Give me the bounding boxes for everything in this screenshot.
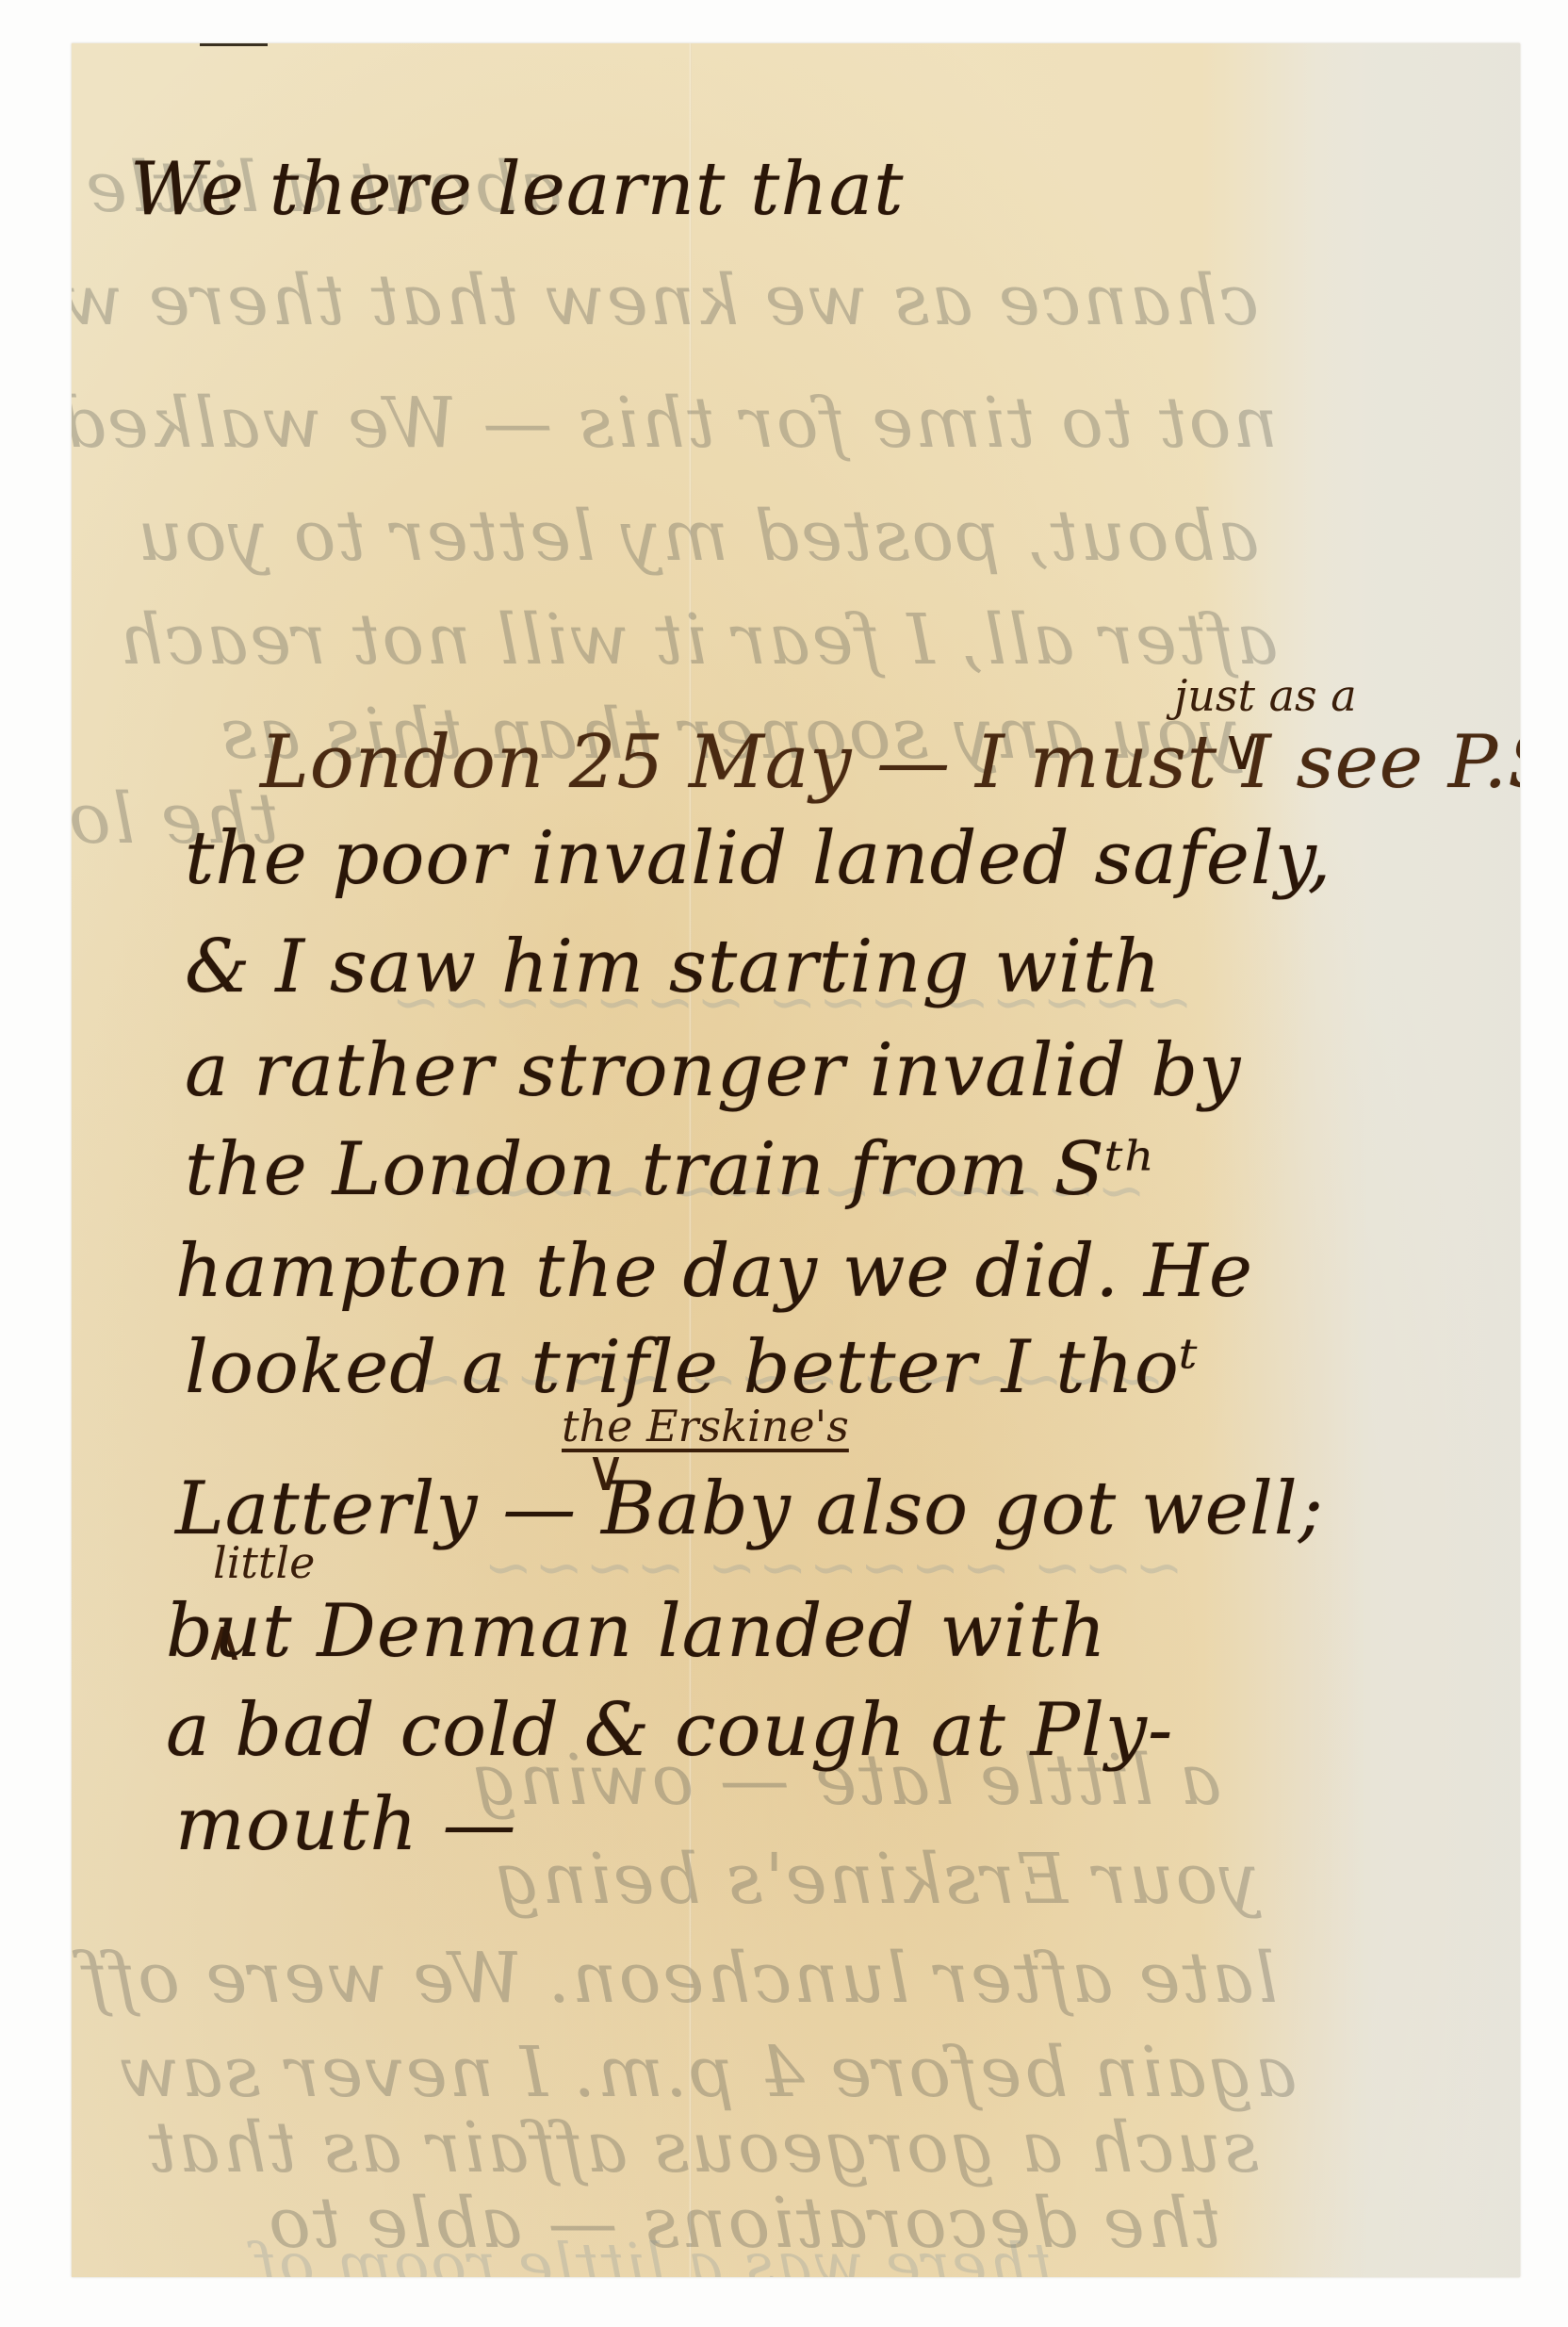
letter-line: London 25 May — I must I see P.S. that	[260, 720, 1520, 805]
bleed-line: again before 4 p.m. I never saw	[118, 2032, 1297, 2113]
letter-line: We there learnt that	[130, 147, 904, 232]
bleed-line: the decorations — able to	[267, 2183, 1221, 2264]
letter-text: the poor invalid landed safely,	[185, 816, 1331, 901]
letter-line: hampton the day we did. He	[175, 1229, 1253, 1314]
bleed-line: late after luncheon. We were off	[81, 1938, 1278, 2019]
faded-right-margin	[1322, 43, 1520, 2277]
bleed-line: not to time for this — We walked	[72, 383, 1278, 464]
page-edge-mark	[200, 43, 268, 46]
interlinear-note: just as a	[1174, 670, 1357, 721]
letter-line: mouth —	[175, 1782, 517, 1867]
bleed-line: about, posted my letter to you	[136, 496, 1259, 577]
letter-line: looked a trifle better I thoᵗ	[185, 1325, 1199, 1410]
bleed-line: after all, I fear it will not reach	[117, 599, 1278, 680]
letter-line: Latterly — Baby also got well;	[175, 1467, 1324, 1551]
bleed-line: there was a little room of	[253, 2230, 1052, 2277]
bleed-line: such a gorgeous affair as that	[146, 2107, 1259, 2188]
interlinear-note: little	[213, 1537, 315, 1588]
letter-line: a rather stronger invalid by	[185, 1028, 1241, 1113]
letter-page: about a little way up the chance as we k…	[72, 43, 1520, 2277]
letter-line: the poor invalid landed safely,	[185, 816, 1331, 901]
bleed-line: your Erskine's being	[494, 1839, 1259, 1920]
bleed-line: chance as we knew that there was	[72, 260, 1259, 341]
letter-line: the London train from Sᵗʰ	[185, 1127, 1157, 1212]
letter-line: a bad cold & cough at Ply-	[166, 1688, 1173, 1773]
letter-line: but Denman landed with	[166, 1589, 1107, 1674]
letter-line: & I saw him starting with	[185, 925, 1162, 1009]
